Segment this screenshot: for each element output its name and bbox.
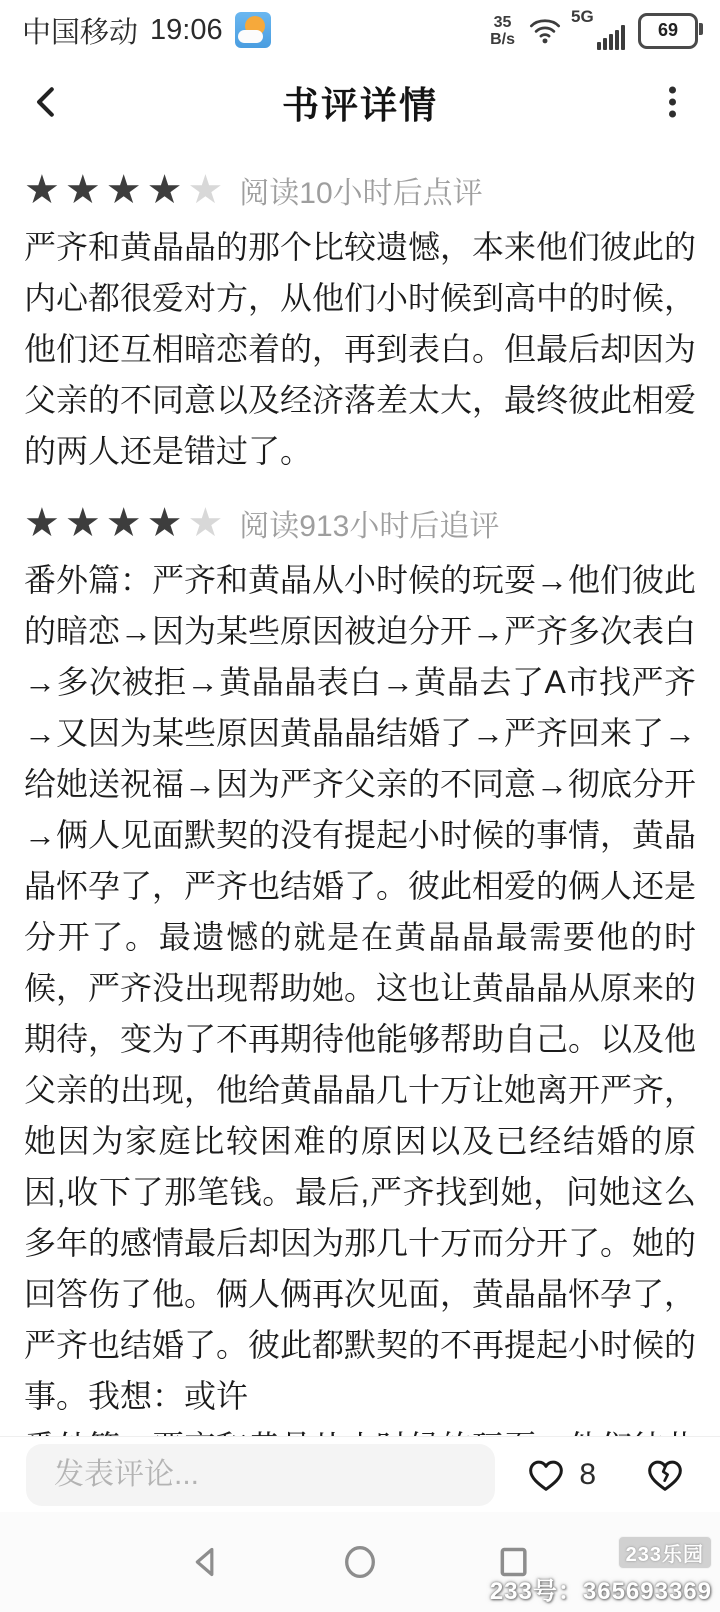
- like-count: 8: [579, 1458, 596, 1492]
- back-button[interactable]: [24, 79, 70, 125]
- star-icon: ★: [106, 170, 142, 210]
- star-icon: ★: [106, 503, 142, 543]
- bottom-bars: 8 233乐园 233号：365693369: [0, 1436, 720, 1612]
- star-icon: ★: [65, 503, 101, 543]
- star-icon: ★: [24, 170, 60, 210]
- more-options-button[interactable]: [662, 82, 682, 123]
- network-speed: 35 B/s: [490, 14, 515, 50]
- review-item: ★★★★★ 阅读913小时后追评 番外篇：严齐和黄晶从小时候的玩耍→他们彼此的暗…: [24, 501, 696, 1442]
- heart-icon: [525, 1455, 567, 1495]
- review-meta: 阅读913小时后追评: [239, 501, 499, 545]
- page-title: 书评详情: [282, 75, 438, 129]
- network-type-label: 5G: [571, 7, 594, 27]
- star-rating: ★★★★★: [24, 170, 223, 210]
- status-bar: 中国移动 19:06 35 B/s 5G 69: [0, 0, 720, 54]
- nav-back-button[interactable]: [184, 1540, 228, 1584]
- dislike-button[interactable]: [644, 1455, 686, 1495]
- broken-heart-icon: [644, 1455, 686, 1495]
- star-icon: ★: [147, 503, 183, 543]
- star-rating: ★★★★★: [24, 503, 223, 543]
- weather-icon: [235, 12, 271, 48]
- battery-percent: 69: [658, 20, 678, 41]
- review-detail-content: ★★★★★ 阅读10小时后点评 严齐和黄晶晶的那个比较遗憾，本来他们彼此的内心都…: [0, 168, 720, 1442]
- app-bar: 书评详情: [0, 54, 720, 150]
- star-icon: ★: [24, 503, 60, 543]
- review-body-text: 严齐和黄晶晶的那个比较遗憾，本来他们彼此的内心都很爱对方，从他们小时候到高中的时…: [24, 222, 696, 477]
- nav-recents-button[interactable]: [492, 1540, 536, 1584]
- star-icon: ★: [147, 170, 183, 210]
- signal-strength-icon: 5G: [597, 11, 625, 50]
- battery-icon: 69: [638, 13, 698, 49]
- review-item: ★★★★★ 阅读10小时后点评 严齐和黄晶晶的那个比较遗憾，本来他们彼此的内心都…: [24, 168, 696, 477]
- nav-home-button[interactable]: [338, 1540, 382, 1584]
- watermark-badge: 233乐园: [618, 1536, 712, 1569]
- review-meta: 阅读10小时后点评: [239, 168, 482, 212]
- comment-input[interactable]: [26, 1444, 495, 1506]
- chevron-left-icon: [39, 89, 52, 114]
- review-body-text: 番外篇：严齐和黄晶从小时候的玩耍→他们彼此的暗恋→因为某些原因被迫分开→严齐多次…: [24, 555, 696, 1422]
- star-icon: ★: [187, 170, 223, 210]
- comment-bar: 8: [0, 1436, 720, 1512]
- status-time: 19:06: [150, 14, 223, 47]
- star-icon: ★: [187, 503, 223, 543]
- star-icon: ★: [65, 170, 101, 210]
- wifi-icon: [528, 15, 562, 50]
- carrier-label: 中国移动: [22, 10, 138, 51]
- android-nav-bar: 233乐园 233号：365693369: [0, 1512, 720, 1612]
- like-button[interactable]: 8: [525, 1455, 596, 1495]
